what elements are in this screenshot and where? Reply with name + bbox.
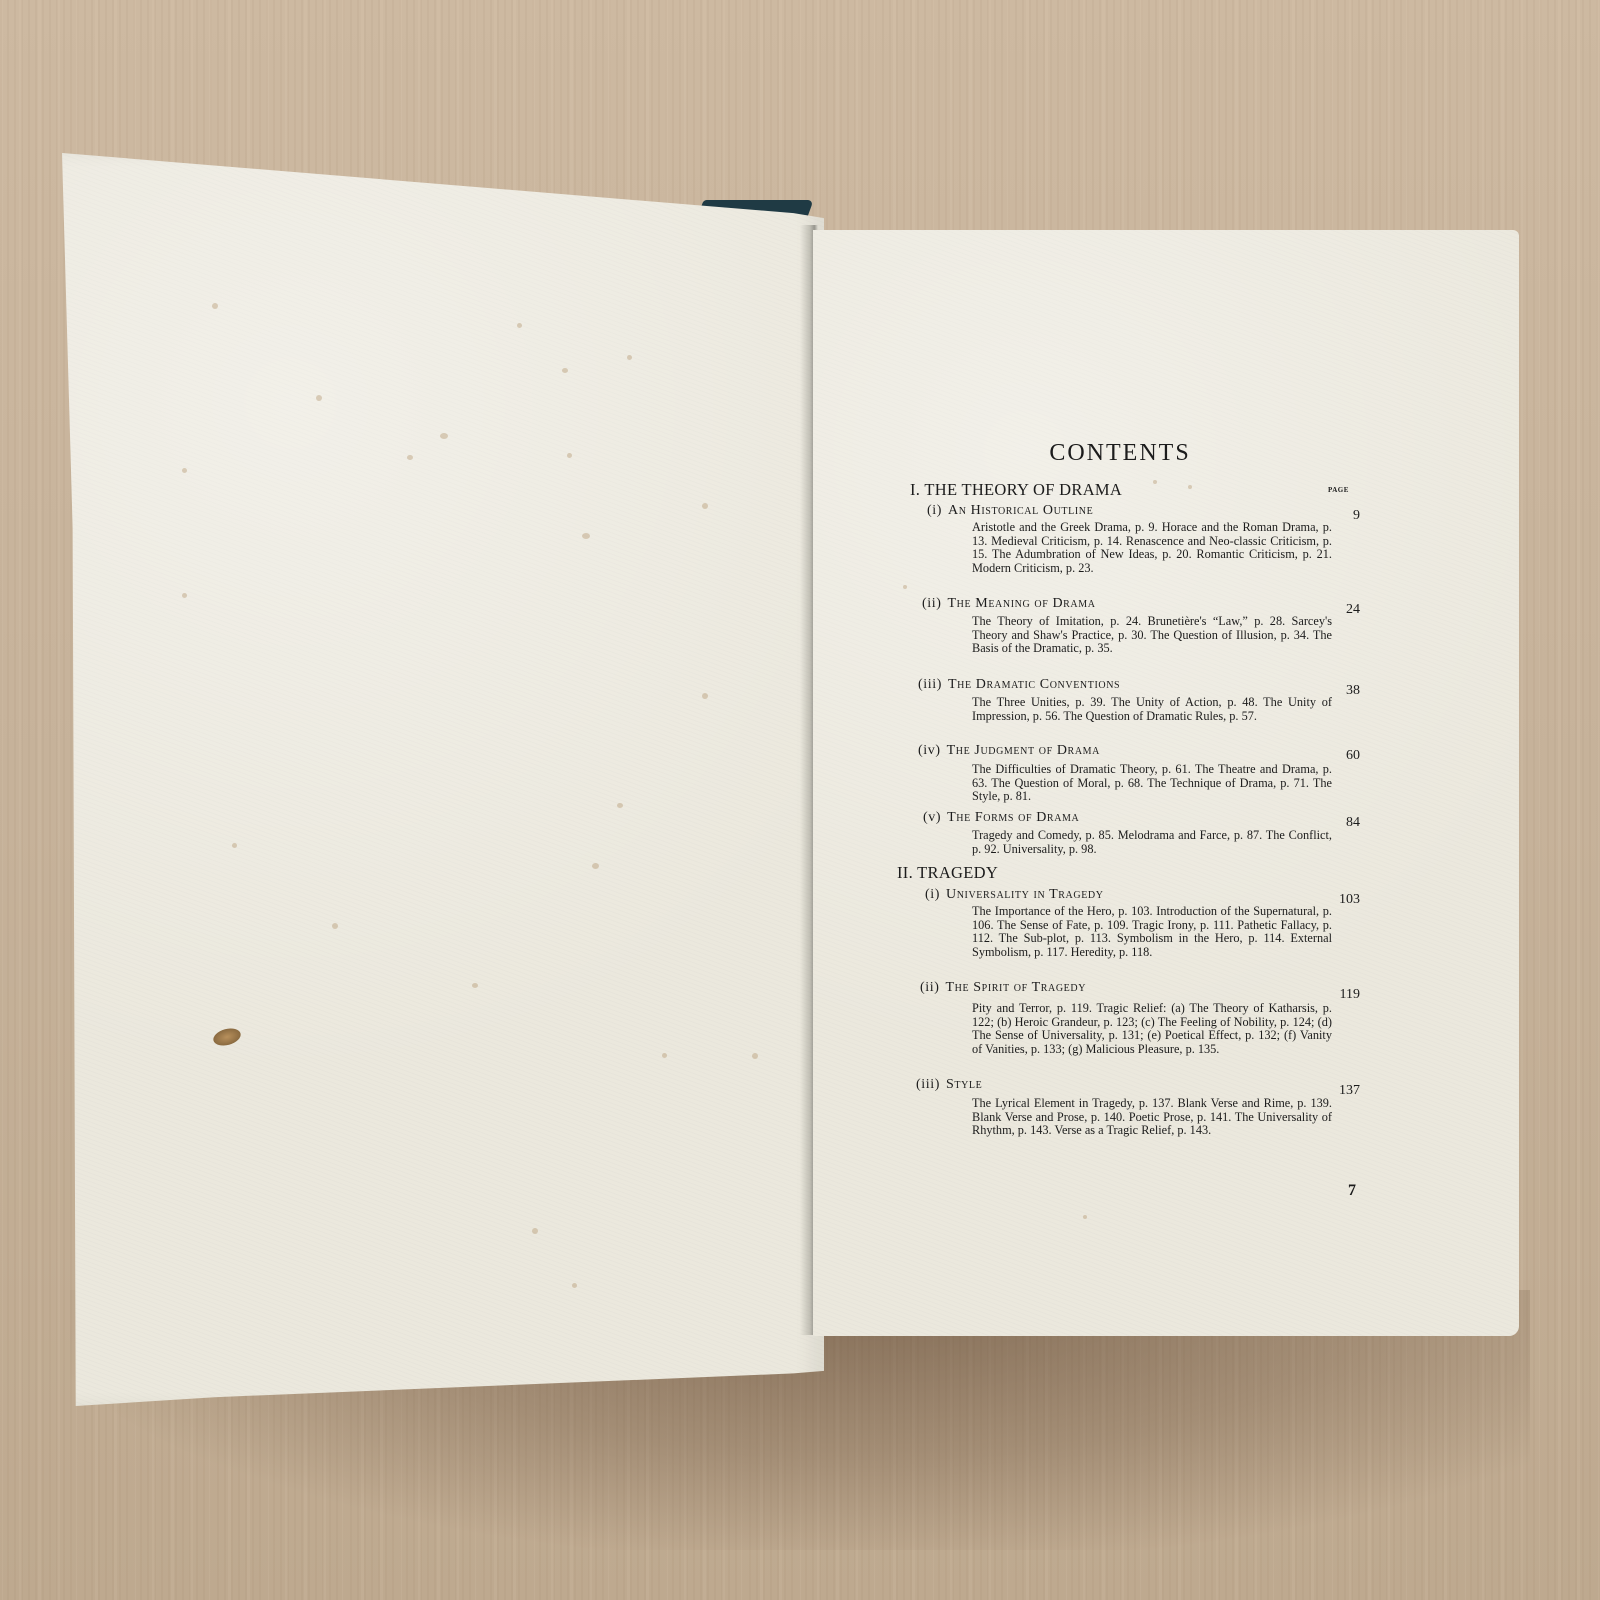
foxing-spot	[572, 1283, 577, 1288]
chapter-heading: (v)The Forms of Drama	[923, 810, 1079, 826]
chapter-description: The Three Unities, p. 39. The Unity of A…	[972, 696, 1332, 723]
chapter-description: The Lyrical Element in Tragedy, p. 137. …	[972, 1097, 1332, 1138]
foxing-spot	[472, 983, 478, 988]
foxing-spot	[617, 803, 623, 808]
foxing-spot	[232, 843, 237, 848]
foxing-spot	[702, 503, 708, 509]
foxing-spot	[407, 455, 413, 460]
chapter-heading: (iv)The Judgment of Drama	[918, 743, 1100, 759]
foxing-spot	[517, 323, 522, 328]
chapter-heading: (iii)The Dramatic Conventions	[918, 677, 1120, 693]
chapter-heading: (i)Universality in Tragedy	[925, 887, 1104, 903]
foxing-spot	[627, 355, 632, 360]
foxing-spot	[567, 453, 572, 458]
foxing-spot	[316, 395, 322, 401]
chapter-description: The Theory of Imitation, p. 24. Brunetiè…	[972, 615, 1332, 656]
foxing-spot	[532, 1228, 538, 1234]
foxing-spot	[662, 1053, 667, 1058]
foxing-spot	[212, 303, 218, 309]
foxing-spot	[903, 585, 907, 589]
chapter-description: Aristotle and the Greek Drama, p. 9. Hor…	[972, 521, 1332, 575]
chapter-description: The Difficulties of Dramatic Theory, p. …	[972, 763, 1332, 804]
foxing-spot	[752, 1053, 758, 1059]
left-page-blank	[62, 153, 824, 1406]
foxing-spot	[1153, 480, 1157, 484]
foxing-spot	[592, 863, 599, 869]
foxing-spot	[562, 368, 568, 373]
contents-heading: CONTENTS	[880, 440, 1360, 467]
foxing-spot	[440, 433, 448, 439]
chapter-heading: (iii)Style	[916, 1077, 982, 1093]
foxing-spot	[1188, 485, 1192, 489]
foxing-spot	[182, 468, 187, 473]
foxing-spot	[582, 533, 590, 539]
page-folio-number: 7	[1348, 1182, 1356, 1200]
part-heading: II. TRAGEDY	[897, 863, 998, 883]
part-heading: I. THE THEORY OF DRAMA	[910, 480, 1122, 500]
foxing-spot	[332, 923, 338, 929]
foxing-spot	[182, 593, 187, 598]
chapter-heading: (ii)The Spirit of Tragedy	[920, 980, 1086, 996]
foxing-spot	[702, 693, 708, 699]
chapter-heading: (i)An Historical Outline	[927, 503, 1093, 519]
chapter-description: The Importance of the Hero, p. 103. Intr…	[972, 905, 1332, 959]
page-column-label: PAGE	[1328, 486, 1349, 494]
chapter-heading: (ii)The Meaning of Drama	[922, 596, 1096, 612]
foxing-spot	[1083, 1215, 1087, 1219]
chapter-description: Tragedy and Comedy, p. 85. Melodrama and…	[972, 829, 1332, 856]
chapter-description: Pity and Terror, p. 119. Tragic Relief: …	[972, 1002, 1332, 1056]
